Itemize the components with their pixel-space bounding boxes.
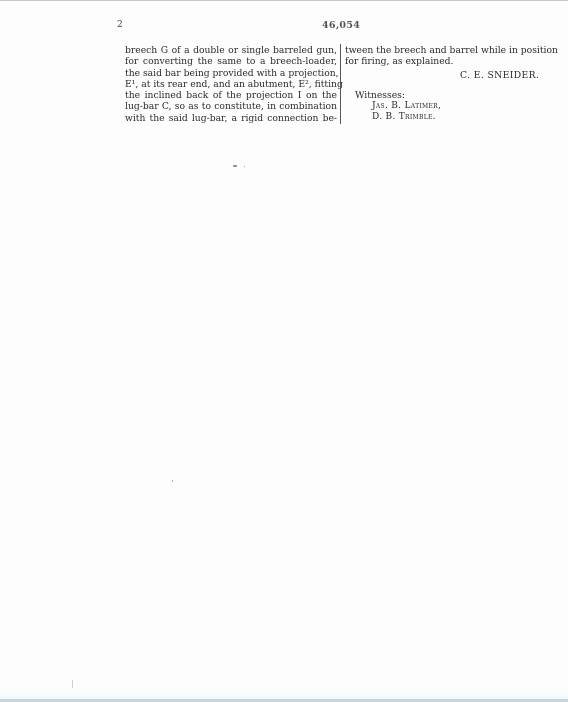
scan-speck	[233, 165, 237, 167]
right-column: tween the breech and barrel while in pos…	[345, 45, 550, 68]
text-line: for converting the same to a breech-load…	[125, 56, 337, 67]
top-border	[0, 0, 568, 1]
scan-speck	[244, 166, 245, 167]
scan-speck	[72, 680, 73, 688]
witness-name: Jas. B. Latimer,	[372, 101, 441, 111]
text-line: lug-bar C, so as to constitute, in combi…	[125, 101, 337, 112]
left-column: breech G of a double or single barreled …	[125, 45, 337, 124]
inventor-signature: C. E. SNEIDER.	[460, 70, 539, 81]
text-line: E¹, at its rear end, and an abutment, E²…	[125, 79, 337, 90]
text-line: tween the breech and barrel while in pos…	[345, 45, 550, 56]
text-line: the inclined back of the projection I on…	[125, 90, 337, 101]
page-number: 2	[117, 20, 123, 30]
patent-number: 46,054	[322, 20, 360, 31]
column-divider	[340, 44, 341, 124]
text-line: with the said lug-bar, a rigid connectio…	[125, 113, 337, 124]
bottom-shade	[0, 689, 568, 699]
text-line: breech G of a double or single barreled …	[125, 45, 337, 56]
text-line: the said bar being provided with a proje…	[125, 68, 337, 79]
text-line: for firing, as explained.	[345, 56, 550, 67]
witnesses-label: Witnesses:	[355, 90, 405, 101]
witness-name: D. B. Trimble.	[372, 112, 436, 122]
scan-speck	[172, 480, 173, 482]
